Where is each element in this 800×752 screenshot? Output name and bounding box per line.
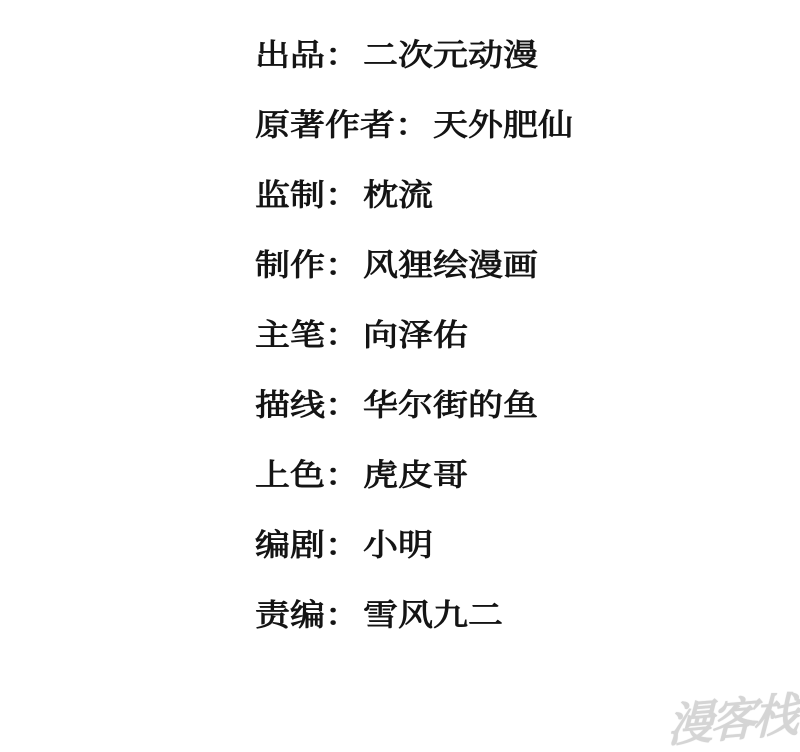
credit-name: 小明 — [363, 528, 433, 562]
credit-name: 天外肥仙 — [433, 108, 573, 142]
credit-line: 上色：虎皮哥 — [255, 460, 573, 491]
credit-role: 监制： — [255, 178, 360, 212]
credit-line: 监制：枕流 — [255, 180, 573, 211]
credit-role: 主笔： — [255, 318, 360, 352]
credit-name: 枕流 — [363, 178, 433, 212]
comic-credits-page: 出品：二次元动漫 原著作者：天外肥仙 监制：枕流 制作：风狸绘漫画 主笔：向泽佑… — [0, 0, 800, 752]
credit-role: 原著作者： — [255, 108, 430, 142]
credit-role: 制作： — [255, 248, 360, 282]
credit-name: 二次元动漫 — [363, 38, 538, 72]
credit-role: 上色： — [255, 458, 360, 492]
credit-name: 向泽佑 — [363, 318, 468, 352]
credit-line: 制作：风狸绘漫画 — [255, 250, 573, 281]
credit-name: 风狸绘漫画 — [363, 248, 538, 282]
credit-role: 出品： — [255, 38, 360, 72]
credit-name: 华尔街的鱼 — [363, 388, 538, 422]
credit-role: 编剧： — [255, 528, 360, 562]
credits-list: 出品：二次元动漫 原著作者：天外肥仙 监制：枕流 制作：风狸绘漫画 主笔：向泽佑… — [255, 38, 573, 668]
credit-line: 编剧：小明 — [255, 530, 573, 561]
credit-line: 责编：雪风九二 — [255, 600, 573, 631]
credit-name: 虎皮哥 — [363, 458, 468, 492]
mankezhan-watermark-logo: 漫客栈 — [667, 692, 796, 749]
credit-role: 描线： — [255, 388, 360, 422]
credit-name: 雪风九二 — [363, 598, 503, 632]
credit-line: 描线：华尔街的鱼 — [255, 390, 573, 421]
credit-line: 主笔：向泽佑 — [255, 320, 573, 351]
credit-line: 出品：二次元动漫 — [255, 40, 573, 71]
credit-role: 责编： — [255, 598, 360, 632]
credit-line: 原著作者：天外肥仙 — [255, 110, 573, 141]
